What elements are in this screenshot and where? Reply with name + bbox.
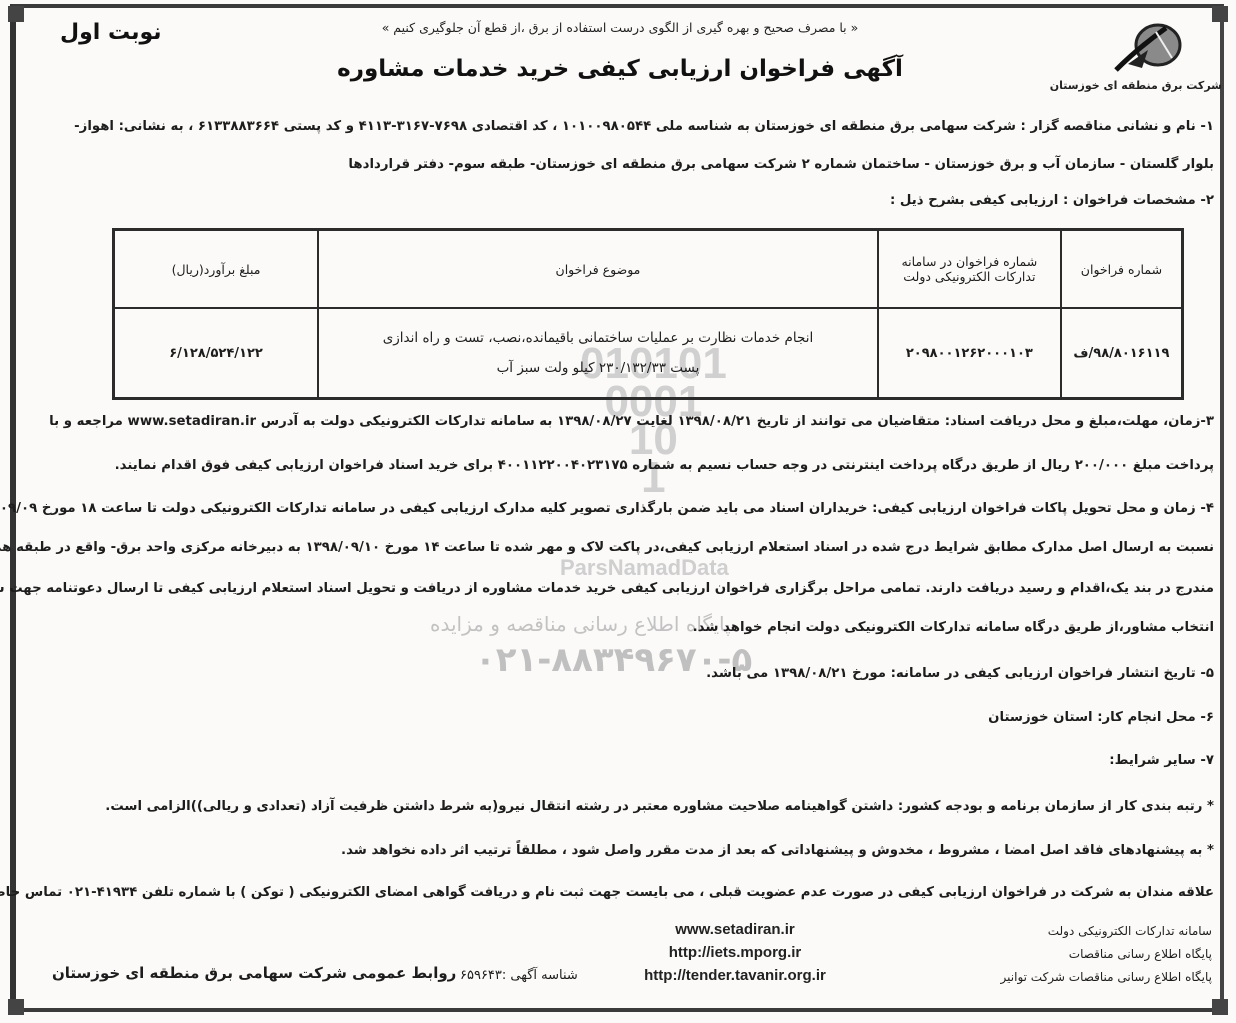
section-1-line-2: بلوار گلستان - سازمان آب و برق خوزستان -…	[348, 155, 1214, 175]
link-setadiran[interactable]: www.setadiran.ir	[640, 918, 830, 941]
cell-system-number: ۲۰۹۸۰۰۱۲۶۲۰۰۰۱۰۳	[878, 308, 1061, 399]
col-header-estimate: مبلغ برآورد(ریال)	[114, 230, 319, 309]
section-3-line-2: پرداخت مبلغ ۲۰۰/۰۰۰ ریال از طریق درگاه پ…	[115, 456, 1214, 476]
link-tavanir[interactable]: http://tender.tavanir.org.ir	[640, 964, 830, 987]
logo-caption: شرکت برق منطقه ای خوزستان	[1050, 79, 1222, 92]
table-row: ۹۸/۸۰۱۶۱۱۹/ف ۲۰۹۸۰۰۱۲۶۲۰۰۰۱۰۳ انجام خدما…	[114, 308, 1183, 399]
call-table: شماره فراخوان شماره فراخوان در سامانه تد…	[112, 228, 1184, 400]
section-7-bullet-1: * رتبه بندی کار از سازمان برنامه و بودجه…	[105, 797, 1214, 817]
section-7-line-3: علاقه مندان به شرکت در فراخوان ارزیابی ک…	[0, 883, 1214, 903]
col-header-system-number: شماره فراخوان در سامانه تدارکات الکترونی…	[878, 230, 1061, 309]
corner-ornament	[1212, 999, 1228, 1015]
section-1-line-1: ۱- نام و نشانی مناقصه گزار : شرکت سهامی …	[74, 117, 1214, 137]
link-iets[interactable]: http://iets.mporg.ir	[640, 941, 830, 964]
site-label-setad: سامانه تدارکات الکترونیکی دولت	[1001, 920, 1212, 943]
footer-site-labels: سامانه تدارکات الکترونیکی دولت پایگاه اط…	[1001, 920, 1212, 989]
section-3-line-1: ۳-زمان، مهلت،مبلغ و محل دریافت اسناد: مت…	[49, 412, 1214, 432]
slogan: « با مصرف صحیح و بهره گیری از الگوی درست…	[360, 20, 880, 35]
corner-ornament	[8, 6, 24, 22]
corner-ornament	[8, 999, 24, 1015]
section-4-line-3: مندرج در بند یک،اقدام و رسید دریافت دارن…	[0, 579, 1214, 599]
khuzestan-power-logo-icon	[1108, 18, 1192, 76]
public-relations-signature: روابط عمومی شرکت سهامی برق منطقه ای خوزس…	[52, 964, 456, 982]
section-4-line-2: نسبت به ارسال اصل مدارک مطابق شرایط درج …	[0, 538, 1214, 558]
footer-links: www.setadiran.ir http://iets.mporg.ir ht…	[640, 918, 830, 987]
subject-line-1: انجام خدمات نظارت بر عملیات ساختمانی باق…	[327, 323, 869, 353]
section-2-heading: ۲- مشخصات فراخوان : ارزیابی کیفی بشرح ذی…	[890, 191, 1214, 211]
page-title: آگهی فراخوان ارزیابی کیفی خرید خدمات مشا…	[330, 56, 910, 82]
subject-line-2: پست ۲۳۰/۱۳۲/۳۳ کیلو ولت سبز آب	[327, 353, 869, 383]
ad-id: شناسه آگهی :۶۵۹۶۴۳	[460, 968, 578, 983]
section-6: ۶- محل انجام کار: استان خوزستان	[988, 708, 1214, 728]
round-badge: نوبت اول	[60, 20, 162, 45]
cell-call-number: ۹۸/۸۰۱۶۱۱۹/ف	[1061, 308, 1183, 399]
section-5: ۵- تاریخ انتشار فراخوان ارزیابی کیفی در …	[706, 664, 1214, 684]
section-4-line-4: انتخاب مشاور،از طریق درگاه سامانه تدارکا…	[693, 618, 1214, 638]
site-label-iets: پایگاه اطلاع رسانی مناقصات	[1001, 943, 1212, 966]
corner-ornament	[1212, 6, 1228, 22]
cell-subject: انجام خدمات نظارت بر عملیات ساختمانی باق…	[318, 308, 878, 399]
cell-estimate: ۶/۱۲۸/۵۲۴/۱۲۲	[114, 308, 319, 399]
table-header-row: شماره فراخوان شماره فراخوان در سامانه تد…	[114, 230, 1183, 309]
col-header-call-number: شماره فراخوان	[1061, 230, 1183, 309]
section-7-heading: ۷- سایر شرایط:	[1109, 751, 1214, 771]
col-header-subject: موضوع فراخوان	[318, 230, 878, 309]
site-label-tavanir: پایگاه اطلاع رسانی مناقصات شرکت توانیر	[1001, 966, 1212, 989]
section-4-line-1: ۴- زمان و محل تحویل پاکات فراخوان ارزیاب…	[0, 499, 1214, 519]
section-7-bullet-2: * به پیشنهادهای فاقد اصل امضا ، مشروط ، …	[341, 841, 1214, 861]
